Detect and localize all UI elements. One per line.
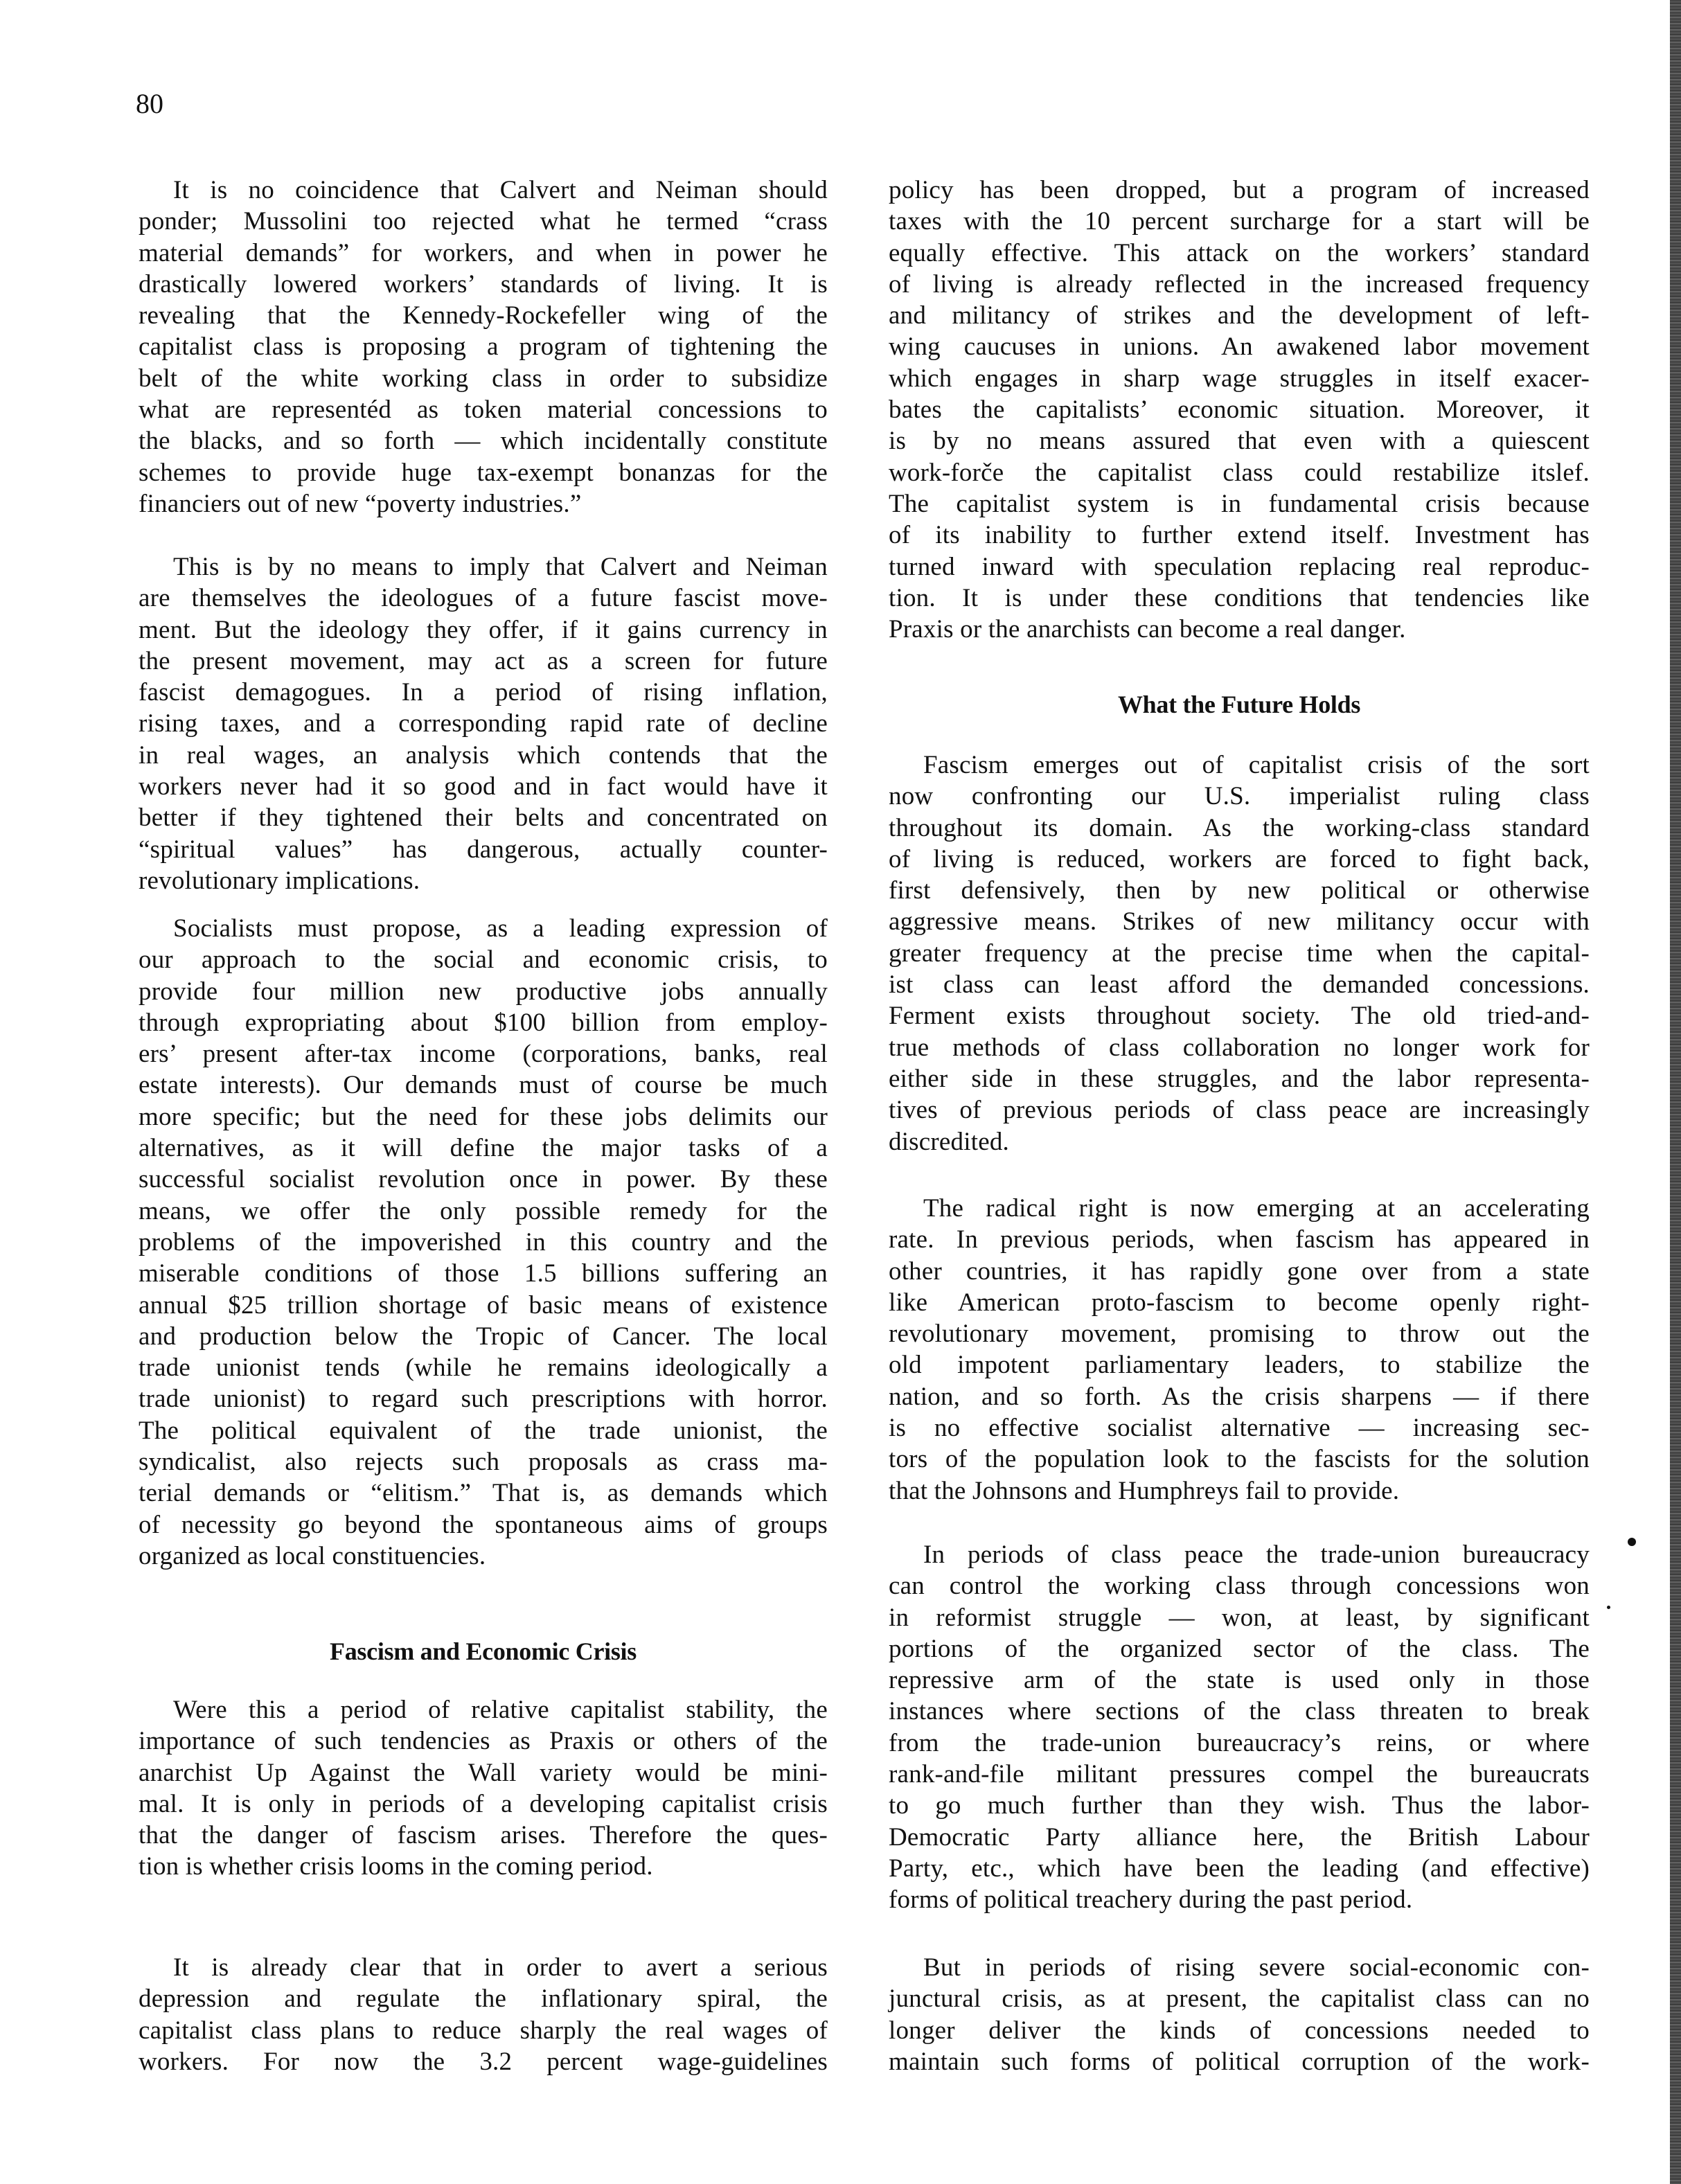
text-line: and production below the Tropic of Cance… (139, 1321, 828, 1352)
text-line: It is already clear that in order to ave… (139, 1952, 828, 1983)
page-number: 80 (136, 89, 163, 119)
text-line: belt of the white working class in order… (139, 363, 828, 394)
text-line: is no effective socialist alternative — … (889, 1412, 1590, 1444)
text-line: either side in these struggles, and the … (889, 1063, 1590, 1094)
text-line: The capitalist system is in fundamental … (889, 488, 1590, 520)
text-line: workers. For now the 3.2 percent wage-gu… (139, 2046, 828, 2077)
text-line: turned inward with speculation replacing… (889, 551, 1590, 583)
text-line: what are representéd as token material c… (139, 394, 828, 425)
text-line: tives of previous periods of class peace… (889, 1094, 1590, 1126)
text-line: means, we offer the only possible remedy… (139, 1196, 828, 1227)
text-line: revealing that the Kennedy-Rockefeller w… (139, 300, 828, 331)
section-heading: Fascism and Economic Crisis (139, 1636, 828, 1667)
text-line: capitalist class plans to reduce sharply… (139, 2015, 828, 2046)
text-line: tion is whether crisis looms in the comi… (139, 1851, 828, 1882)
text-line: nation, and so forth. As the crisis shar… (889, 1381, 1590, 1412)
text-line: are themselves the ideologues of a futur… (139, 583, 828, 614)
text-line: The radical right is now emerging at an … (889, 1193, 1590, 1224)
text-line: fascist demagogues. In a period of risin… (139, 677, 828, 708)
text-line: in real wages, an analysis which contend… (139, 740, 828, 771)
text-line: In periods of class peace the trade-unio… (889, 1539, 1590, 1570)
text-line: rising taxes, and a corresponding rapid … (139, 708, 828, 739)
text-line: trade unionist) to regard such prescript… (139, 1383, 828, 1414)
text-line: Fascism emerges out of capitalist crisis… (889, 749, 1590, 781)
text-line: provide four million new productive jobs… (139, 976, 828, 1007)
text-line: throughout its domain. As the working-cl… (889, 813, 1590, 844)
text-line: aggressive means. Strikes of new militan… (889, 906, 1590, 937)
text-line: depression and regulate the inflationary… (139, 1983, 828, 2014)
text-line: The political equivalent of the trade un… (139, 1415, 828, 1446)
paragraph: This is by no means to imply that Calver… (139, 551, 828, 896)
text-line: like American proto-fascism to become op… (889, 1287, 1590, 1318)
text-line: capitalist class is proposing a program … (139, 331, 828, 362)
text-line: the blacks, and so forth — which inciden… (139, 425, 828, 456)
text-line: schemes to provide huge tax-exempt bonan… (139, 457, 828, 488)
text-line: junctural crisis, as at present, the cap… (889, 1983, 1590, 2014)
text-line: It is no coincidence that Calvert and Ne… (139, 175, 828, 206)
text-line: ment. But the ideology they offer, if it… (139, 614, 828, 646)
text-line: financiers out of new “poverty industrie… (139, 488, 828, 520)
text-line: in reformist struggle — won, at least, b… (889, 1602, 1590, 1633)
text-line: syndicalist, also rejects such proposals… (139, 1446, 828, 1477)
text-line: mal. It is only in periods of a developi… (139, 1788, 828, 1820)
text-line: through expropriating about $100 billion… (139, 1007, 828, 1038)
text-line: equally effective. This attack on the wo… (889, 238, 1590, 269)
text-line: material demands” for workers, and when … (139, 238, 828, 269)
text-line: terial demands or “elitism.” That is, as… (139, 1477, 828, 1509)
text-line: Ferment exists throughout society. The o… (889, 1000, 1590, 1031)
text-line: work-forče the capitalist class could re… (889, 457, 1590, 488)
paragraph: The radical right is now emerging at an … (889, 1193, 1590, 1507)
text-line: alternatives, as it will define the majo… (139, 1133, 828, 1164)
text-line: tion. It is under these conditions that … (889, 583, 1590, 614)
scan-speck (1607, 1606, 1610, 1609)
paragraph: It is no coincidence that Calvert and Ne… (139, 175, 828, 520)
text-line: portions of the organized sector of the … (889, 1633, 1590, 1664)
text-line: maintain such forms of political corrupt… (889, 2046, 1590, 2077)
text-line: “spiritual values” has dangerous, actual… (139, 834, 828, 865)
text-line: Praxis or the anarchists can become a re… (889, 614, 1590, 645)
text-line: the present movement, may act as a scree… (139, 646, 828, 677)
text-line: annual $25 trillion shortage of basic me… (139, 1290, 828, 1321)
text-line: ist class can least afford the demanded … (889, 969, 1590, 1000)
scan-edge-shadow (1670, 0, 1681, 2184)
text-line: can control the working class through co… (889, 1570, 1590, 1601)
text-line: first defensively, then by new political… (889, 875, 1590, 906)
paragraph: Socialists must propose, as a leading ex… (139, 913, 828, 1572)
text-line: anarchist Up Against the Wall variety wo… (139, 1757, 828, 1788)
text-line: importance of such tendencies as Praxis … (139, 1725, 828, 1757)
text-line: longer deliver the kinds of concessions … (889, 2015, 1590, 2046)
text-line: workers never had it so good and in fact… (139, 771, 828, 802)
text-line: Socialists must propose, as a leading ex… (139, 913, 828, 944)
text-line: organized as local constituencies. (139, 1541, 828, 1572)
text-line: ponder; Mussolini too rejected what he t… (139, 206, 828, 237)
text-line: is by no means assured that even with a … (889, 425, 1590, 456)
text-line: that the Johnsons and Humphreys fail to … (889, 1475, 1590, 1507)
text-line: Were this a period of relative capitalis… (139, 1694, 828, 1725)
text-line: problems of the impoverished in this cou… (139, 1227, 828, 1258)
paragraph: But in periods of rising severe social-e… (889, 1952, 1590, 2077)
text-line: to go much further than they wish. Thus … (889, 1790, 1590, 1821)
text-line: successful socialist revolution once in … (139, 1164, 828, 1195)
text-line: tors of the population look to the fasci… (889, 1444, 1590, 1475)
text-line: from the trade-union bureaucracy’s reins… (889, 1728, 1590, 1759)
text-line: wing caucuses in unions. An awakened lab… (889, 331, 1590, 362)
text-line: bates the capitalists’ economic situatio… (889, 394, 1590, 425)
text-line: better if they tightened their belts and… (139, 802, 828, 833)
text-line: drastically lowered workers’ standards o… (139, 269, 828, 300)
text-line: now confronting our U.S. imperialist rul… (889, 781, 1590, 812)
text-line: that the danger of fascism arises. There… (139, 1820, 828, 1851)
text-line: more specific; but the need for these jo… (139, 1101, 828, 1133)
text-line: ers’ present after-tax income (corporati… (139, 1038, 828, 1069)
text-line: But in periods of rising severe social-e… (889, 1952, 1590, 1983)
text-line: forms of political treachery during the … (889, 1884, 1590, 1915)
text-line: which engages in sharp wage struggles in… (889, 363, 1590, 394)
text-line: estate interests). Our demands must of c… (139, 1069, 828, 1101)
text-line: revolutionary implications. (139, 865, 828, 896)
section-heading: What the Future Holds (889, 689, 1590, 720)
text-line: of necessity go beyond the spontaneous a… (139, 1509, 828, 1541)
text-line: of its inability to further extend itsel… (889, 520, 1590, 551)
text-line: Party, etc., which have been the leading… (889, 1853, 1590, 1884)
text-line: and militancy of strikes and the develop… (889, 300, 1590, 331)
text-line: policy has been dropped, but a program o… (889, 175, 1590, 206)
text-line: true methods of class collaboration no l… (889, 1032, 1590, 1063)
text-line: of living is already reflected in the in… (889, 269, 1590, 300)
text-line: other countries, it has rapidly gone ove… (889, 1256, 1590, 1287)
paragraph: It is already clear that in order to ave… (139, 1952, 828, 2077)
text-line: instances where sections of the class th… (889, 1696, 1590, 1727)
text-line: trade unionist tends (while he remains i… (139, 1352, 828, 1383)
scan-speck (1628, 1538, 1636, 1546)
text-line: discredited. (889, 1126, 1590, 1157)
text-line: old impotent parliamentary leaders, to s… (889, 1349, 1590, 1380)
text-line: rank-and-file militant pressures compel … (889, 1759, 1590, 1790)
text-line: miserable conditions of those 1.5 billio… (139, 1258, 828, 1289)
paragraph: Fascism emerges out of capitalist crisis… (889, 749, 1590, 1157)
paragraph: In periods of class peace the trade-unio… (889, 1539, 1590, 1916)
text-line: This is by no means to imply that Calver… (139, 551, 828, 583)
text-line: revolutionary movement, promising to thr… (889, 1318, 1590, 1349)
paragraph: policy has been dropped, but a program o… (889, 175, 1590, 645)
text-line: our approach to the social and economic … (139, 944, 828, 975)
text-line: greater frequency at the precise time wh… (889, 938, 1590, 969)
text-line: taxes with the 10 percent surcharge for … (889, 206, 1590, 237)
text-line: Democratic Party alliance here, the Brit… (889, 1822, 1590, 1853)
text-line: repressive arm of the state is used only… (889, 1664, 1590, 1696)
text-line: of living is reduced, workers are forced… (889, 844, 1590, 875)
text-line: rate. In previous periods, when fascism … (889, 1224, 1590, 1255)
paragraph: Were this a period of relative capitalis… (139, 1694, 828, 1883)
